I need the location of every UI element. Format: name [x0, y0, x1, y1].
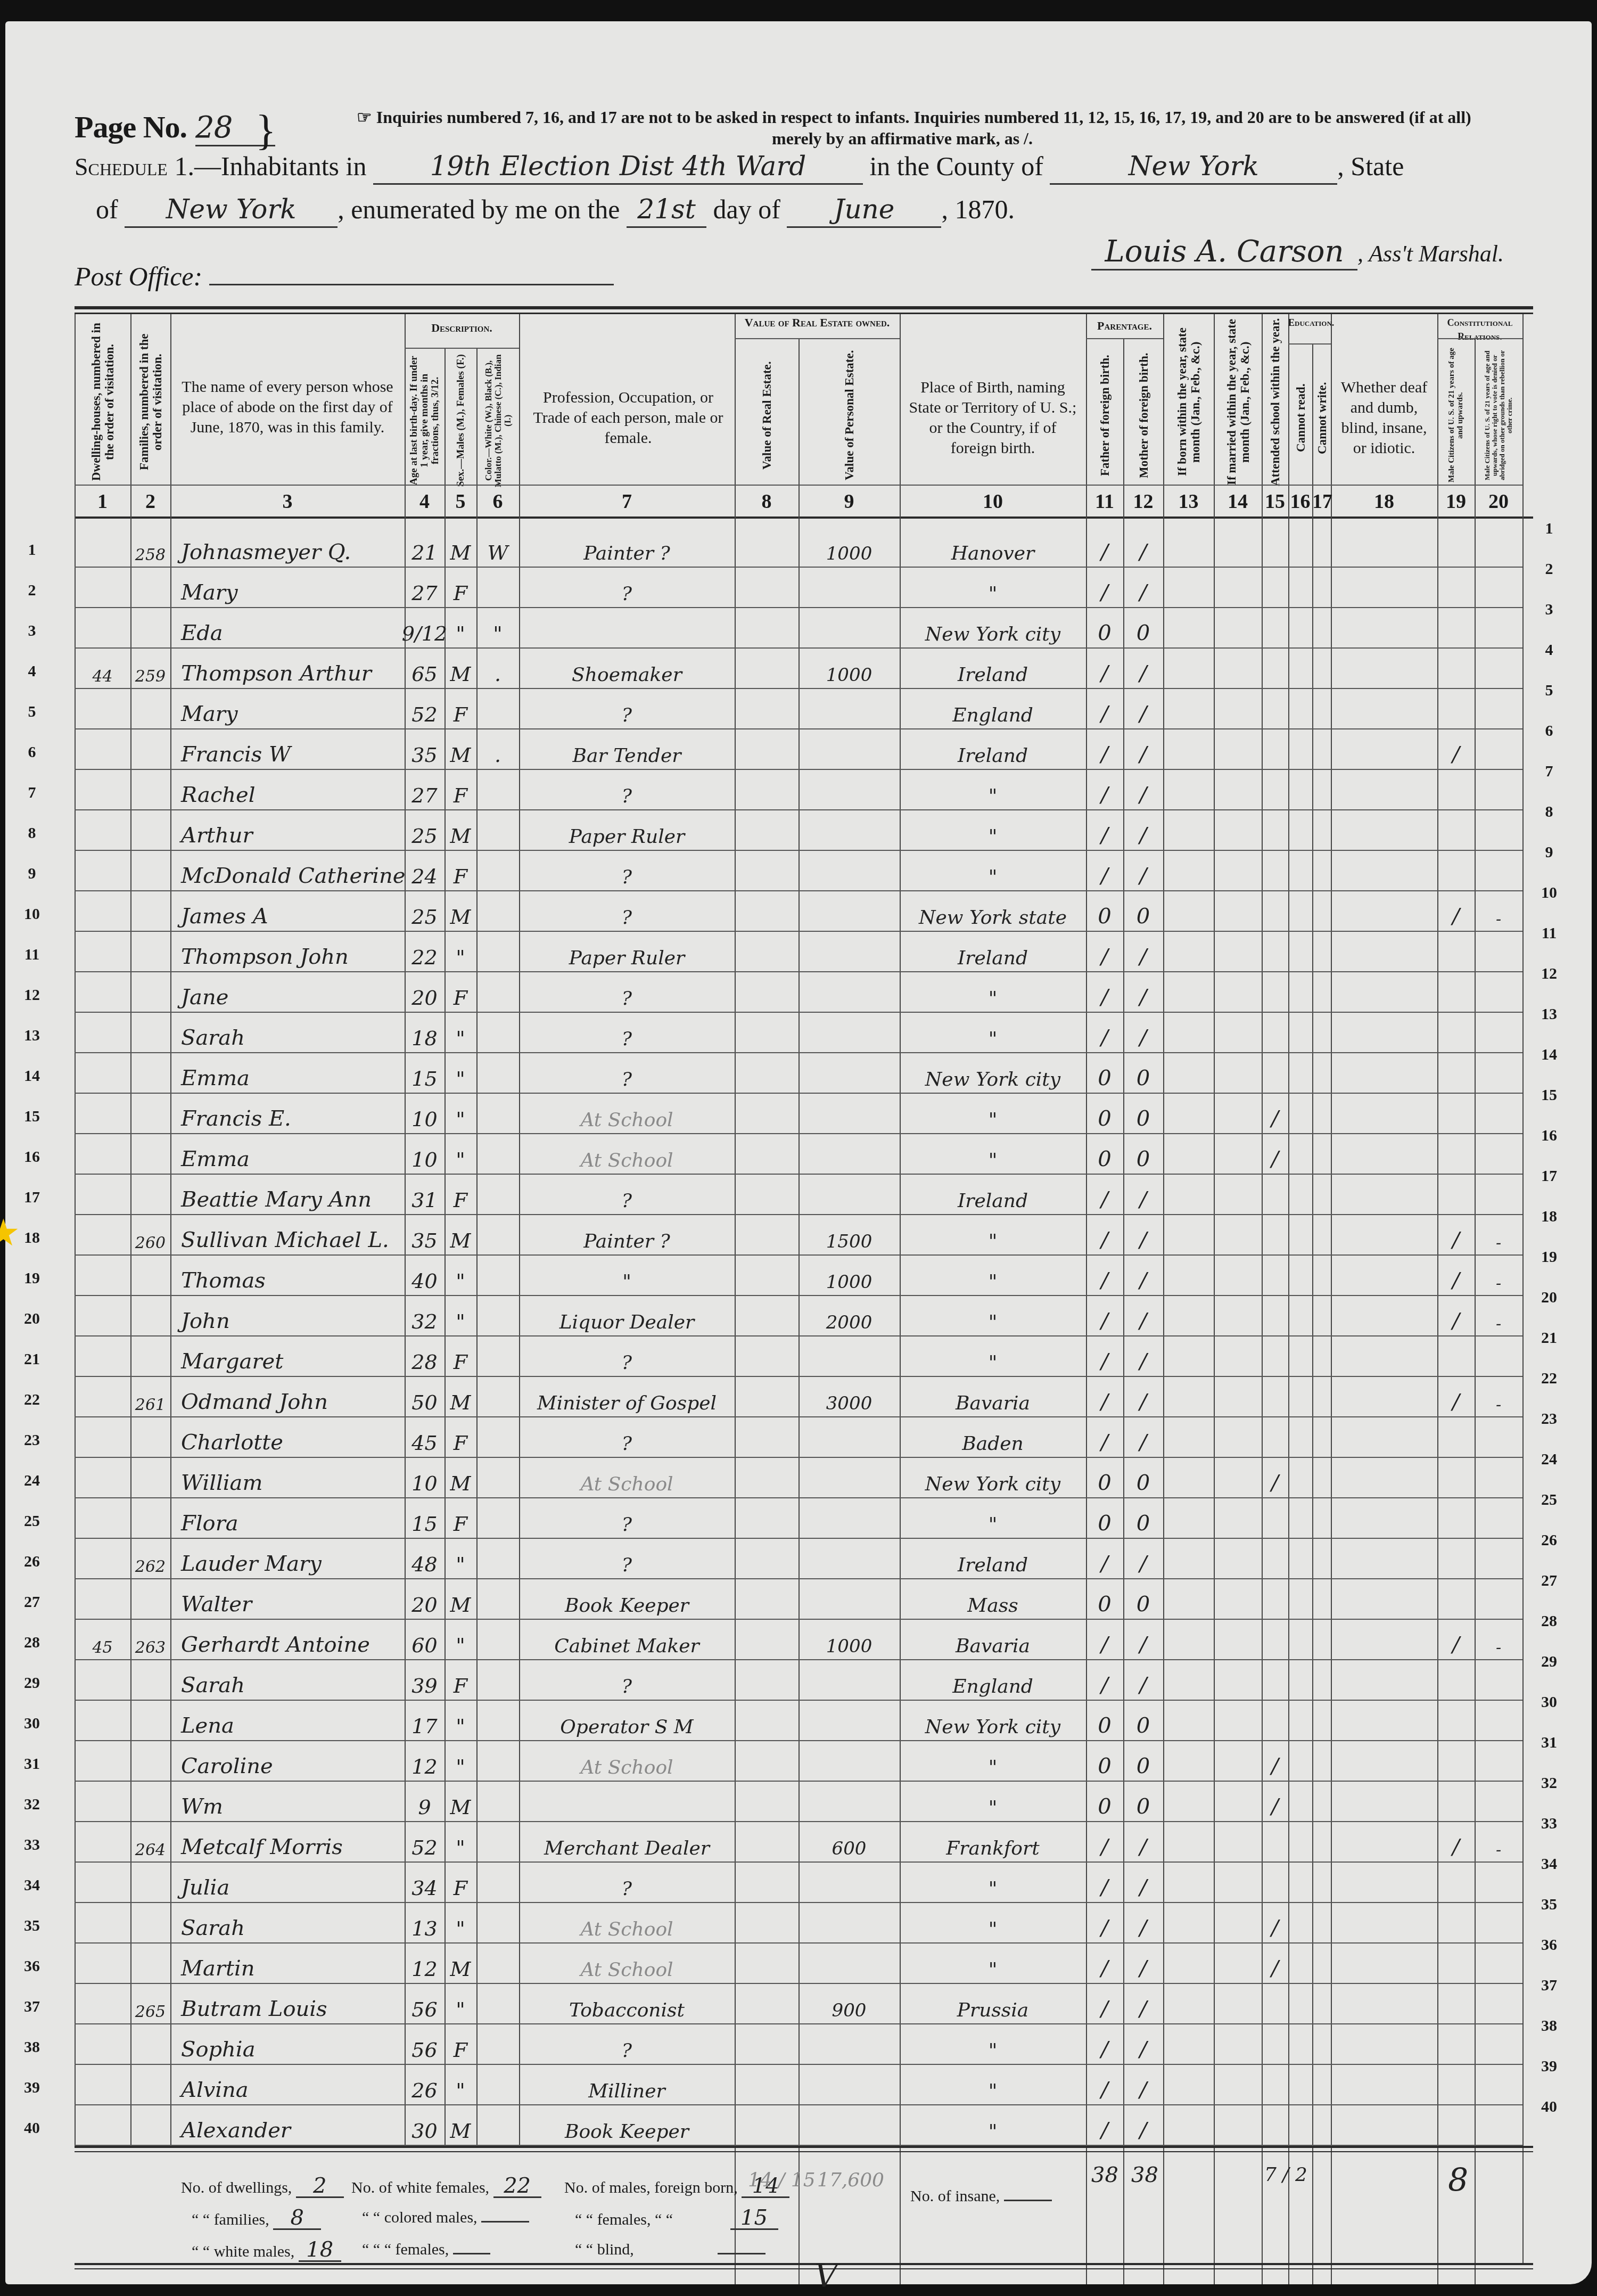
- cell-sex: F: [444, 1336, 476, 1377]
- table-row: 3333264Metcalf Morris52"Merchant Dealer6…: [75, 1822, 1533, 1863]
- cell-occupation: [519, 1782, 735, 1822]
- cell-father: /: [1086, 1863, 1123, 1903]
- cell-occupation: At School: [519, 1094, 735, 1134]
- footer-white-females: No. of white females, 22: [351, 2175, 541, 2199]
- line-number-right: 12: [1533, 965, 1565, 983]
- table-row: 2424William10MAt SchoolNew York city00/: [75, 1458, 1533, 1498]
- cell-birthplace: England: [900, 689, 1086, 729]
- cell-birthplace: ": [900, 2065, 1086, 2105]
- cell-personal: [798, 810, 900, 851]
- header-bottom-rule: [75, 516, 1533, 519]
- cell-occupation: ?: [519, 2024, 735, 2065]
- cell-mother: /: [1123, 770, 1163, 810]
- table-row: 1515Francis E.10"At School"00/: [75, 1094, 1533, 1134]
- line-number-right: 22: [1533, 1370, 1565, 1388]
- cell-c19: [1437, 1782, 1475, 1822]
- cell-personal: [798, 1863, 900, 1903]
- cell-mother: 0: [1123, 1701, 1163, 1741]
- cell-age: 30: [405, 2105, 444, 2146]
- cell-dwelling: [75, 1256, 130, 1296]
- cell-family: [130, 1701, 170, 1741]
- table-row: 2929Sarah39F?England//: [75, 1660, 1533, 1701]
- cell-c19: [1437, 810, 1475, 851]
- cell-family: [130, 851, 170, 891]
- table-row: 2222261Odmand John50MMinister of Gospel3…: [75, 1377, 1533, 1417]
- colnum: 9: [798, 490, 900, 513]
- cell-school: [1262, 729, 1288, 770]
- line-number-right: 21: [1533, 1329, 1565, 1347]
- cell-real: [735, 527, 798, 568]
- tally-personal-estate: 17,600: [817, 2170, 884, 2191]
- line-number-left: 18: [16, 1229, 48, 1247]
- cell-name: Margaret: [170, 1336, 405, 1377]
- cell-dwelling: [75, 2065, 130, 2105]
- cell-school: [1262, 1215, 1288, 1256]
- cell-age: 18: [405, 1013, 444, 1053]
- colnum: 1: [75, 490, 130, 513]
- cell-real: [735, 649, 798, 689]
- cell-family: [130, 2105, 170, 2146]
- cell-c19: [1437, 1498, 1475, 1539]
- cell-family: [130, 1944, 170, 1984]
- cell-sex: F: [444, 972, 476, 1013]
- cell-c20: [1475, 1782, 1522, 1822]
- table-row: 1717Beattie Mary Ann31F?Ireland//: [75, 1175, 1533, 1215]
- cell-birthplace: Ireland: [900, 1175, 1086, 1215]
- cell-c19: [1437, 972, 1475, 1013]
- footer-bottom-rule: [75, 2263, 1533, 2265]
- cell-personal: [798, 608, 900, 649]
- group-rule: [405, 348, 519, 349]
- table-row: 3838Sophia56F?"//: [75, 2024, 1533, 2065]
- line-number-right: 17: [1533, 1167, 1565, 1185]
- cell-real: [735, 1256, 798, 1296]
- cell-real: [735, 729, 798, 770]
- cell-school: [1262, 1984, 1288, 2024]
- line-number-right: 23: [1533, 1410, 1565, 1428]
- cell-color: [476, 2065, 519, 2105]
- cell-mother: /: [1123, 1903, 1163, 1944]
- cell-mother: 0: [1123, 1134, 1163, 1175]
- cell-family: 263: [130, 1620, 170, 1660]
- line-number-left: 38: [16, 2038, 48, 2056]
- table-row: 88Arthur25MPaper Ruler"//: [75, 810, 1533, 851]
- cell-color: [476, 932, 519, 972]
- cell-occupation: ?: [519, 1660, 735, 1701]
- cell-family: [130, 1013, 170, 1053]
- cell-age: 50: [405, 1377, 444, 1417]
- line-number-right: 39: [1533, 2057, 1565, 2076]
- cell-real: [735, 1620, 798, 1660]
- cell-color: [476, 1782, 519, 1822]
- cell-personal: [798, 1903, 900, 1944]
- cell-c20: [1475, 689, 1522, 729]
- cell-personal: [798, 2024, 900, 2065]
- cell-mother: 0: [1123, 1579, 1163, 1620]
- cell-c20: [1475, 1539, 1522, 1579]
- cell-color: [476, 810, 519, 851]
- cell-dwelling: [75, 1417, 130, 1458]
- cell-occupation: Painter ?: [519, 527, 735, 568]
- cell-personal: [798, 1944, 900, 1984]
- line-number-left: 23: [16, 1431, 48, 1449]
- cell-dwelling: [75, 770, 130, 810]
- cell-sex: M: [444, 2105, 476, 2146]
- cell-dwelling: [75, 810, 130, 851]
- cell-occupation: ?: [519, 1539, 735, 1579]
- blind-count: [718, 2253, 765, 2254]
- cell-name: Gerhardt Antoine: [170, 1620, 405, 1660]
- cell-school: /: [1262, 1944, 1288, 1984]
- cell-real: [735, 1053, 798, 1094]
- cell-occupation: ?: [519, 891, 735, 932]
- cell-birthplace: ": [900, 851, 1086, 891]
- cell-occupation: At School: [519, 1944, 735, 1984]
- cell-color: [476, 1498, 519, 1539]
- cell-mother: 0: [1123, 1053, 1163, 1094]
- cell-sex: F: [444, 1660, 476, 1701]
- line-number-right: 14: [1533, 1046, 1565, 1064]
- cell-age: 10: [405, 1094, 444, 1134]
- cell-age: 26: [405, 2065, 444, 2105]
- colnum: 5: [444, 490, 476, 513]
- cell-c20: [1475, 1458, 1522, 1498]
- cell-occupation: Tobacconist: [519, 1984, 735, 2024]
- cell-birthplace: Ireland: [900, 1539, 1086, 1579]
- cell-family: 261: [130, 1377, 170, 1417]
- cell-c20: [1475, 770, 1522, 810]
- line-number-right: 13: [1533, 1005, 1565, 1023]
- line-number-right: 40: [1533, 2098, 1565, 2116]
- cell-c20: [1475, 2105, 1522, 2146]
- cell-name: Thompson Arthur: [170, 649, 405, 689]
- cell-c20: [1475, 1134, 1522, 1175]
- line-number-right: 29: [1533, 1653, 1565, 1671]
- cell-occupation: Liquor Dealer: [519, 1296, 735, 1336]
- cell-dwelling: [75, 1579, 130, 1620]
- table-row: 3939Alvina26"Milliner"//: [75, 2065, 1533, 2105]
- footer-dwellings: No. of dwellings, 2: [181, 2175, 344, 2199]
- cell-school: [1262, 1417, 1288, 1458]
- cell-name: Caroline: [170, 1741, 405, 1782]
- cell-age: 17: [405, 1701, 444, 1741]
- cell-family: [130, 689, 170, 729]
- table-row: 4444259Thompson Arthur65M.Shoemaker1000I…: [75, 649, 1533, 689]
- cell-sex: F: [444, 1498, 476, 1539]
- header-personal-estate: Value of Personal Estate.: [801, 343, 897, 487]
- cell-dwelling: [75, 1863, 130, 1903]
- cell-color: [476, 1458, 519, 1498]
- table-row: 4040Alexander30MBook Keeper"//: [75, 2105, 1533, 2146]
- cell-personal: [798, 1539, 900, 1579]
- cell-color: [476, 1175, 519, 1215]
- line-number-left: 36: [16, 1957, 48, 1975]
- cell-real: [735, 932, 798, 972]
- cell-name: Thomas: [170, 1256, 405, 1296]
- cell-occupation: ?: [519, 568, 735, 608]
- cell-age: 32: [405, 1296, 444, 1336]
- cell-personal: [798, 1660, 900, 1701]
- post-office-field: [209, 284, 614, 285]
- table-row: 3535Sarah13"At School"///: [75, 1903, 1533, 1944]
- cell-name: Sullivan Michael L.: [170, 1215, 405, 1256]
- cell-occupation: ?: [519, 1498, 735, 1539]
- cell-mother: /: [1123, 810, 1163, 851]
- cell-dwelling: [75, 1741, 130, 1782]
- cell-mother: /: [1123, 689, 1163, 729]
- cell-real: [735, 770, 798, 810]
- table-row: 3636Martin12MAt School"///: [75, 1944, 1533, 1984]
- header-age: Age at last birth-day. If under 1 year, …: [407, 354, 442, 487]
- cell-occupation: Painter ?: [519, 1215, 735, 1256]
- colnum: 3: [170, 490, 405, 513]
- cell-age: 9: [405, 1782, 444, 1822]
- cell-dwelling: [75, 1782, 130, 1822]
- cell-color: ": [476, 608, 519, 649]
- cell-birthplace: Ireland: [900, 649, 1086, 689]
- cell-school: [1262, 932, 1288, 972]
- cell-c20: [1475, 1013, 1522, 1053]
- colnum: 18: [1331, 490, 1437, 513]
- cell-mother: /: [1123, 1336, 1163, 1377]
- cell-c20: [1475, 1417, 1522, 1458]
- cell-age: 28: [405, 1336, 444, 1377]
- cell-personal: [798, 1498, 900, 1539]
- line-number-right: 31: [1533, 1734, 1565, 1752]
- cell-c19: [1437, 568, 1475, 608]
- cell-sex: ": [444, 1134, 476, 1175]
- group-rule: [1288, 343, 1331, 345]
- cell-sex: M: [444, 810, 476, 851]
- cell-real: [735, 1013, 798, 1053]
- cell-school: [1262, 649, 1288, 689]
- table-row: 2020John32"Liquor Dealer2000"///-: [75, 1296, 1533, 1336]
- dwellings-count: 2: [296, 2175, 344, 2198]
- cell-school: [1262, 608, 1288, 649]
- cell-age: 9/12: [405, 608, 444, 649]
- cell-name: Francis E.: [170, 1094, 405, 1134]
- cell-school: [1262, 1296, 1288, 1336]
- cell-c20: [1475, 1701, 1522, 1741]
- cell-dwelling: [75, 1296, 130, 1336]
- cell-real: [735, 1539, 798, 1579]
- cell-name: Mary: [170, 568, 405, 608]
- cell-dwelling: [75, 1539, 130, 1579]
- colored-males-count: [481, 2221, 529, 2223]
- cell-occupation: Cabinet Maker: [519, 1620, 735, 1660]
- cell-birthplace: ": [900, 1013, 1086, 1053]
- table-row: 282845263Gerhardt Antoine60"Cabinet Make…: [75, 1620, 1533, 1660]
- cell-father: /: [1086, 770, 1123, 810]
- cell-personal: [798, 729, 900, 770]
- cell-c20: [1475, 1579, 1522, 1620]
- cell-c19: [1437, 1458, 1475, 1498]
- cell-family: [130, 1296, 170, 1336]
- cell-real: [735, 891, 798, 932]
- cell-father: /: [1086, 1417, 1123, 1458]
- cell-c20: -: [1475, 1377, 1522, 1417]
- locality-field: 19th Election Dist 4th Ward: [373, 149, 863, 185]
- cell-birthplace: New York city: [900, 1701, 1086, 1741]
- cell-name: John: [170, 1296, 405, 1336]
- cell-occupation: Paper Ruler: [519, 810, 735, 851]
- cell-real: [735, 1498, 798, 1539]
- cell-dwelling: [75, 1903, 130, 1944]
- cell-personal: 1000: [798, 1620, 900, 1660]
- day-field: 21st: [627, 192, 706, 228]
- cell-c19: [1437, 2065, 1475, 2105]
- cell-family: 262: [130, 1539, 170, 1579]
- header-color: Color.—White (W.), Black (B.), Mulatto (…: [479, 354, 517, 487]
- cell-c19: [1437, 932, 1475, 972]
- cell-c19: [1437, 1863, 1475, 1903]
- header-birthplace: Place of Birth, naming State or Territor…: [905, 349, 1081, 487]
- table-row: 99McDonald Catherine24F?"//: [75, 851, 1533, 891]
- cell-real: [735, 2105, 798, 2146]
- cell-school: [1262, 1822, 1288, 1863]
- highlight-star-icon: ★: [0, 1215, 20, 1252]
- cell-age: 27: [405, 568, 444, 608]
- cell-name: Sarah: [170, 1013, 405, 1053]
- cell-name: Jane: [170, 972, 405, 1013]
- cell-personal: [798, 2105, 900, 2146]
- cell-c19: [1437, 1984, 1475, 2024]
- table-row: 3434Julia34F?"//: [75, 1863, 1533, 1903]
- cell-family: [130, 1417, 170, 1458]
- cell-occupation: ?: [519, 851, 735, 891]
- cell-c19: [1437, 2024, 1475, 2065]
- header-born-within-year: If born within the year, state month (Ja…: [1165, 317, 1213, 487]
- cell-birthplace: Ireland: [900, 729, 1086, 770]
- cell-c20: [1475, 568, 1522, 608]
- cell-father: /: [1086, 2105, 1123, 2146]
- cell-family: 259: [130, 649, 170, 689]
- table-row: 1313Sarah18"?"//: [75, 1013, 1533, 1053]
- colnum: 14: [1214, 490, 1262, 513]
- table-row: 2525Flora15F?"00: [75, 1498, 1533, 1539]
- cell-birthplace: ": [900, 810, 1086, 851]
- cell-age: 27: [405, 770, 444, 810]
- cell-c19: /: [1437, 1822, 1475, 1863]
- line-number-left: 13: [16, 1027, 48, 1045]
- cell-sex: ": [444, 1741, 476, 1782]
- cell-birthplace: Ireland: [900, 932, 1086, 972]
- cell-c20: [1475, 1944, 1522, 1984]
- cell-color: [476, 2024, 519, 2065]
- cell-name: Martin: [170, 1944, 405, 1984]
- cell-school: [1262, 2105, 1288, 2146]
- cell-age: 21: [405, 527, 444, 568]
- cell-sex: ": [444, 2065, 476, 2105]
- cell-school: [1262, 1377, 1288, 1417]
- cell-birthplace: New York city: [900, 1458, 1086, 1498]
- table-row: 55Mary52F?England//: [75, 689, 1533, 729]
- cell-c19: [1437, 1660, 1475, 1701]
- cell-dwelling: [75, 729, 130, 770]
- line-number-left: 5: [16, 703, 48, 721]
- cell-sex: M: [444, 1944, 476, 1984]
- cell-school: [1262, 2065, 1288, 2105]
- cell-color: [476, 851, 519, 891]
- cell-age: 40: [405, 1256, 444, 1296]
- cell-father: 0: [1086, 1134, 1123, 1175]
- cell-real: [735, 1741, 798, 1782]
- cell-birthplace: ": [900, 1256, 1086, 1296]
- line-number-right: 32: [1533, 1774, 1565, 1792]
- cell-name: McDonald Catherine: [170, 851, 405, 891]
- line-number-right: 16: [1533, 1127, 1565, 1145]
- header-male-citizen: Male Citizens of U. S. of 21 years of ag…: [1438, 343, 1473, 487]
- cell-family: [130, 810, 170, 851]
- cell-real: [735, 1660, 798, 1701]
- cell-mother: /: [1123, 1417, 1163, 1458]
- cell-father: 0: [1086, 1053, 1123, 1094]
- cell-birthplace: ": [900, 972, 1086, 1013]
- cell-family: [130, 1094, 170, 1134]
- cell-name: Flora: [170, 1498, 405, 1539]
- cell-dwelling: [75, 1336, 130, 1377]
- cell-family: [130, 568, 170, 608]
- tally-father: 38: [1091, 2164, 1118, 2186]
- cell-c19: [1437, 1053, 1475, 1094]
- cell-c19: /: [1437, 1215, 1475, 1256]
- cell-personal: [798, 1782, 900, 1822]
- line-number-left: 1: [16, 541, 48, 559]
- cell-dwelling: [75, 2024, 130, 2065]
- cell-birthplace: New York state: [900, 891, 1086, 932]
- line-number-left: 25: [16, 1512, 48, 1530]
- line-number-left: 26: [16, 1553, 48, 1571]
- cell-birthplace: ": [900, 1863, 1086, 1903]
- insane-count: [1004, 2200, 1052, 2201]
- cell-father: 0: [1086, 608, 1123, 649]
- page-number: Page No.28: [75, 109, 275, 146]
- line-number-left: 15: [16, 1108, 48, 1126]
- cell-birthplace: ": [900, 1134, 1086, 1175]
- cell-personal: [798, 1701, 900, 1741]
- cell-mother: /: [1123, 2105, 1163, 2146]
- cell-mother: 0: [1123, 1782, 1163, 1822]
- cell-name: Francis W: [170, 729, 405, 770]
- cell-personal: [798, 1053, 900, 1094]
- cell-birthplace: ": [900, 1498, 1086, 1539]
- cell-mother: /: [1123, 568, 1163, 608]
- cell-c19: /: [1437, 1377, 1475, 1417]
- cell-father: /: [1086, 972, 1123, 1013]
- cell-sex: ": [444, 1984, 476, 2024]
- line-number-right: 20: [1533, 1289, 1565, 1307]
- cell-occupation: [519, 608, 735, 649]
- cell-real: [735, 1944, 798, 1984]
- cell-family: [130, 2065, 170, 2105]
- line-number-left: 16: [16, 1148, 48, 1166]
- line-number-left: 31: [16, 1755, 48, 1773]
- cell-age: 12: [405, 1741, 444, 1782]
- line-number-right: 3: [1533, 601, 1565, 619]
- cell-c19: [1437, 770, 1475, 810]
- cell-mother: /: [1123, 851, 1163, 891]
- line-number-right: 9: [1533, 843, 1565, 862]
- cell-name: William: [170, 1458, 405, 1498]
- cell-c20: [1475, 1175, 1522, 1215]
- header-cannot-write: Cannot write.: [1313, 349, 1330, 487]
- cell-mother: /: [1123, 527, 1163, 568]
- cell-father: 0: [1086, 891, 1123, 932]
- cell-occupation: Minister of Gospel: [519, 1377, 735, 1417]
- cell-mother: /: [1123, 1175, 1163, 1215]
- table-row: 1010James A25M?New York state00/-: [75, 891, 1533, 932]
- cell-color: [476, 770, 519, 810]
